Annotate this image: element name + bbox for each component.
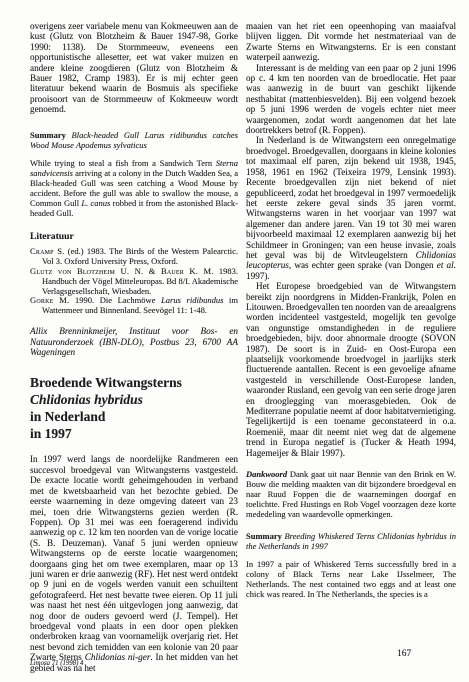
literature-heading: Literatuur	[30, 231, 238, 242]
right-column: maaien van het riet een opeenhoping van …	[246, 21, 456, 600]
article-title-line3: in 1997	[30, 425, 238, 442]
scanned-journal-page: overigens zeer variabele menu van Kokmee…	[0, 0, 469, 682]
article-title-line2: Chlidonias hybridus in Nederland	[30, 391, 238, 425]
tern-article-opening-paragraph: In 1997 werd langs de noordelijke Randme…	[30, 454, 238, 673]
tern-article-paragraph-european-range: Het Europese broedgebied van de Witwangs…	[246, 281, 456, 458]
left-column: overigens zeer variabele menu van Kokmee…	[30, 21, 238, 673]
tern-article-paragraph-breeding-history: In Nederland is de Witwangstern een onre…	[246, 135, 456, 281]
author-byline: Allix Brenninkmeijer, Instituut voor Bos…	[30, 326, 238, 357]
reference-cramp: Cramp S. (ed.) 1983. The Birds of the We…	[30, 247, 238, 267]
gull-article-summary-body: While trying to steal a fish from a Sand…	[30, 159, 238, 218]
article-title: Broedende Witwangsterns Chlidonias hybri…	[30, 374, 238, 442]
reference-gorke: Gorke M. 1990. Die Lachmöwe Larus ridibu…	[30, 296, 238, 316]
tern-article-summary-body: In 1997 a pair of Whiskered Terns succes…	[246, 560, 456, 600]
reference-glutz-bauer: Glutz von Blotzheim U. N. & Bauer K. M. …	[30, 267, 238, 297]
prev-article-closing-paragraph: overigens zeer variabele menu van Kokmee…	[30, 21, 238, 115]
page-number: 167	[397, 649, 411, 659]
tern-article-paragraph-continuation: maaien van het riet een opeenhoping van …	[246, 21, 456, 63]
journal-footer-reference: Limosa 71 (1998) 4	[30, 660, 83, 667]
gull-article-summary-heading: Summary Black-headed Gull Larus ridibund…	[30, 131, 238, 151]
acknowledgements-paragraph: Dankwoord Dank gaat uit naar Bennie van …	[246, 470, 456, 520]
tern-article-summary-heading: Summary Breeding Whiskered Terns Chlidon…	[246, 532, 456, 552]
tern-article-paragraph-1996-record: Interessant is de melding van een paar o…	[246, 63, 456, 136]
article-title-line1: Broedende Witwangsterns	[30, 374, 238, 391]
